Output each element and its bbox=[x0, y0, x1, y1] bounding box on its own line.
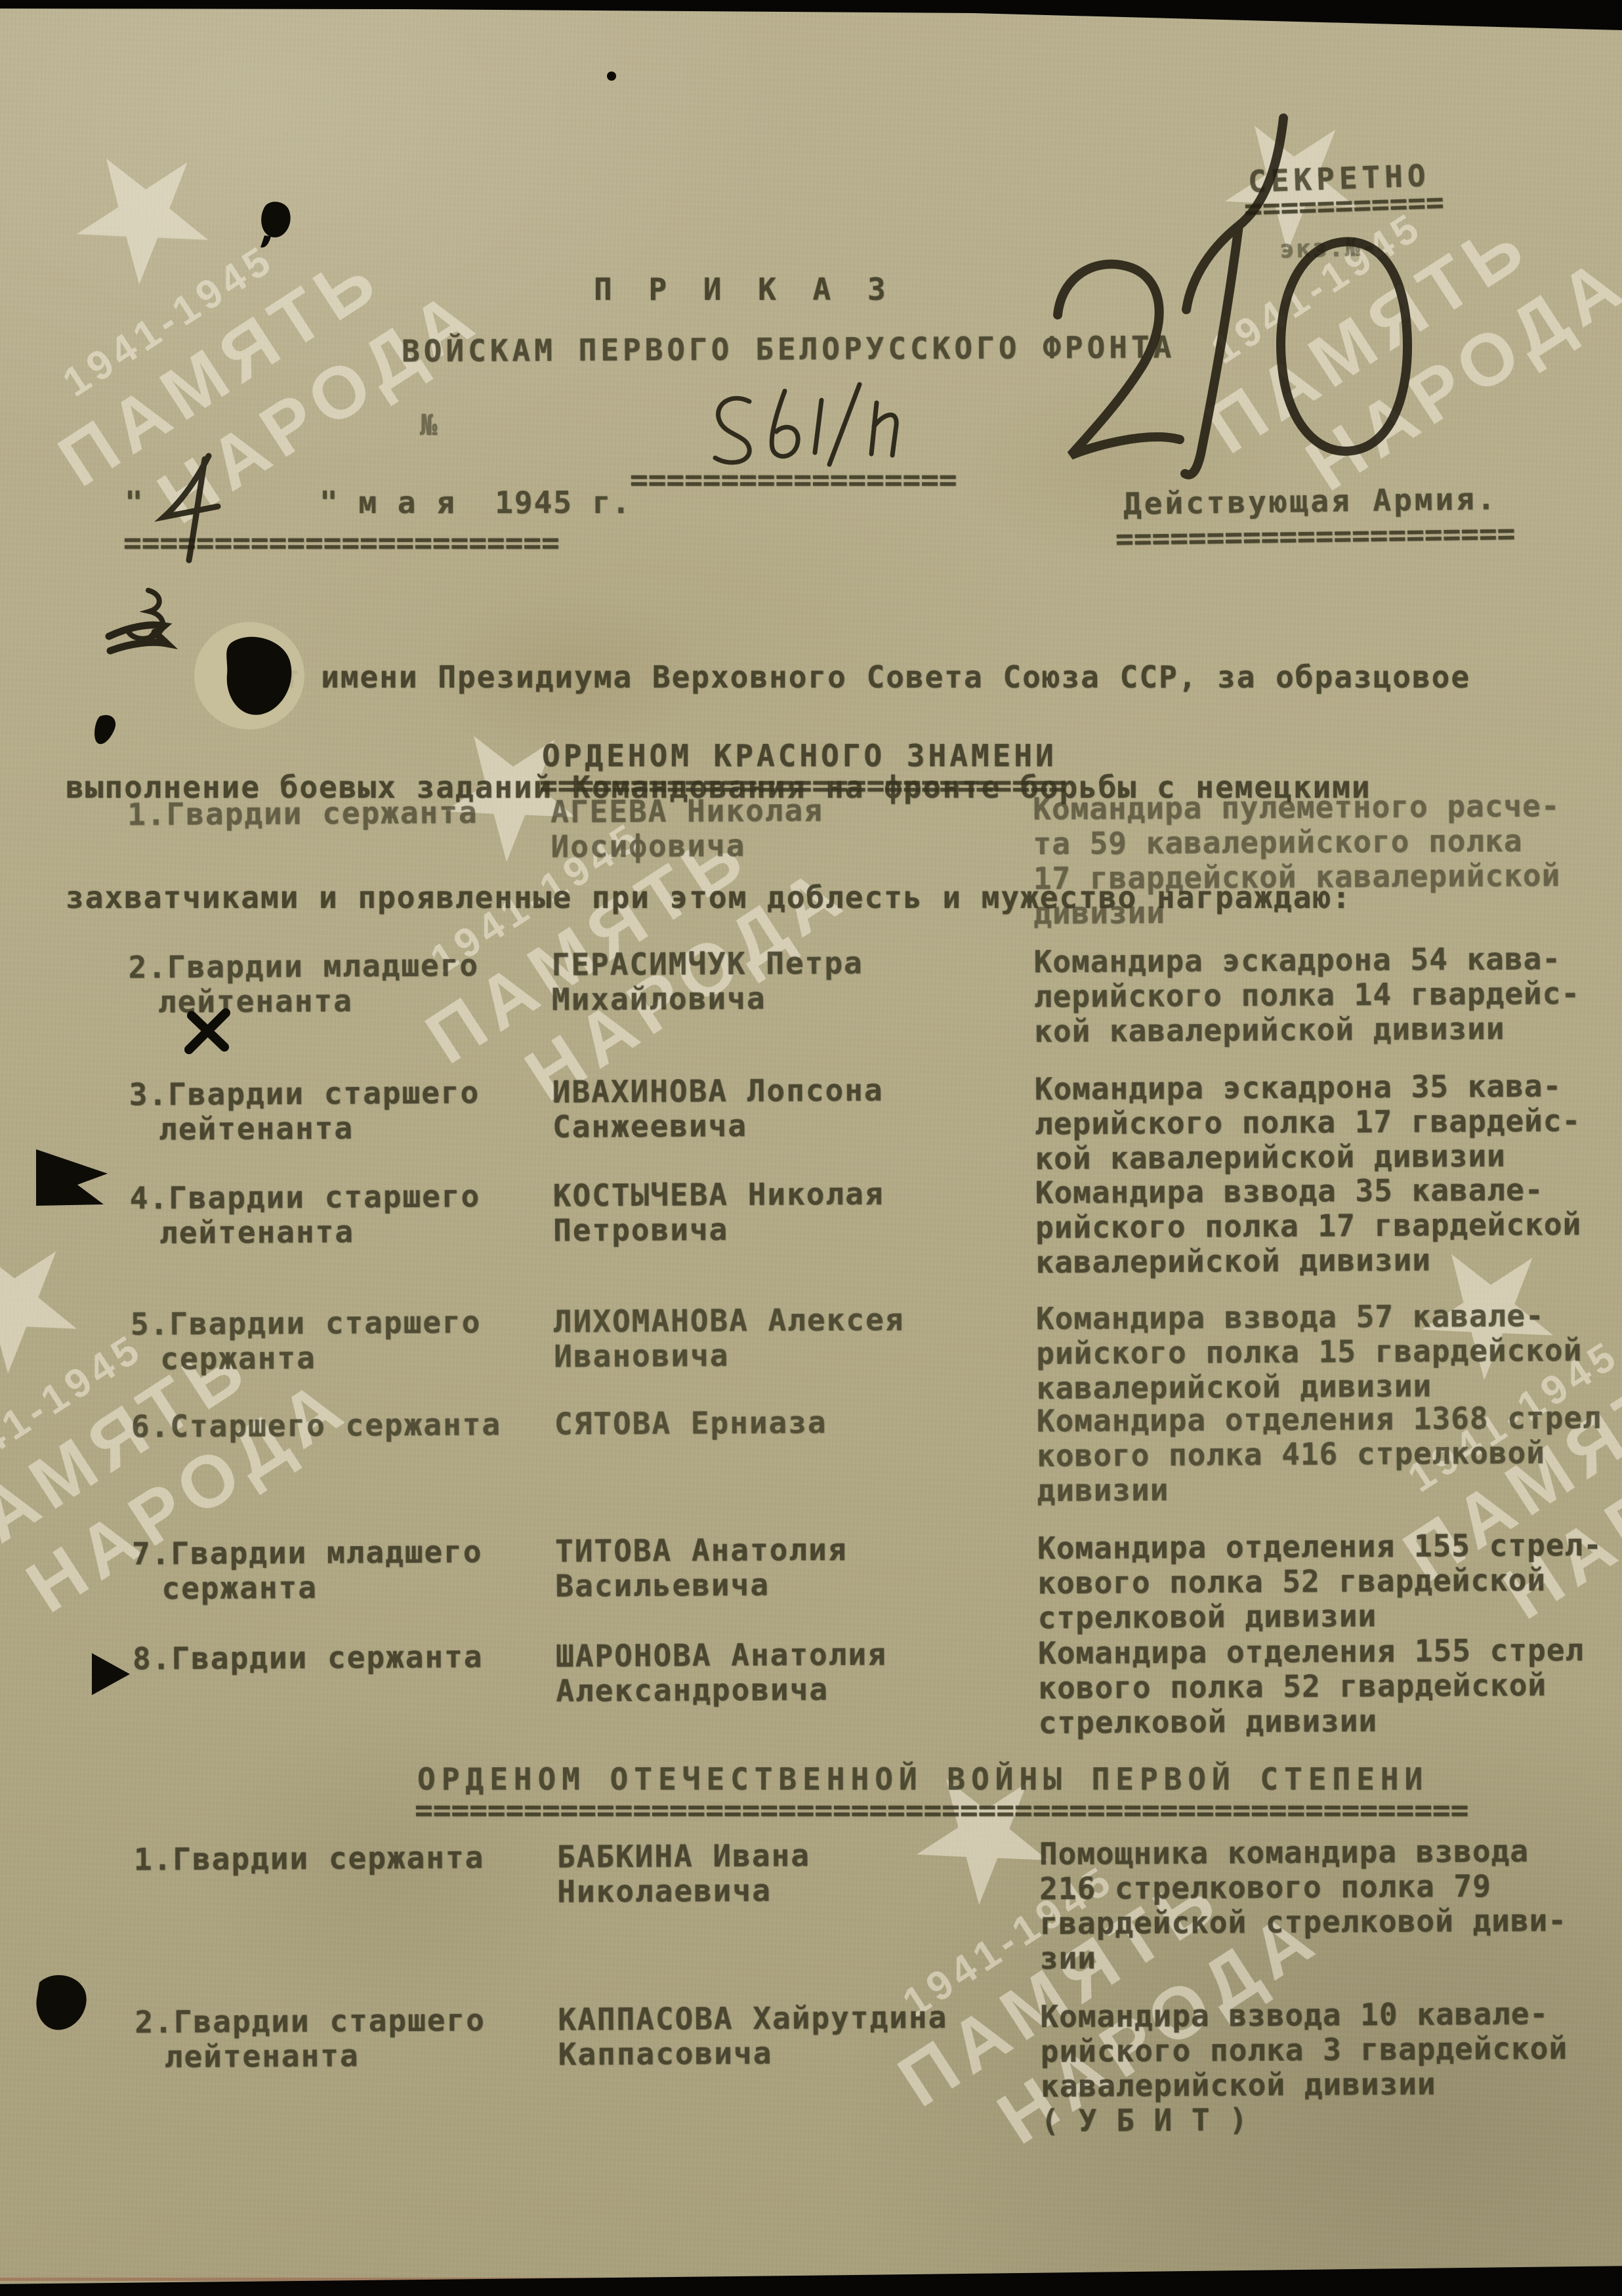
handwritten-date-day bbox=[164, 456, 218, 560]
handwriting-and-marks-layer bbox=[0, 0, 1622, 2296]
paper-tear-hole bbox=[194, 622, 304, 729]
handwritten-big-number bbox=[1058, 118, 1407, 475]
ink-blots bbox=[36, 72, 616, 2030]
ink-cross-mark bbox=[189, 1013, 226, 1050]
scanned-order-page: 1941-1945 ПАМЯТЬ НАРОДА 1941-1945 ПАМЯТЬ… bbox=[0, 0, 1622, 2296]
handwritten-order-number bbox=[715, 384, 896, 464]
paper-background: 1941-1945 ПАМЯТЬ НАРОДА 1941-1945 ПАМЯТЬ… bbox=[0, 0, 1622, 2296]
handwritten-margin-flourish bbox=[109, 590, 167, 651]
